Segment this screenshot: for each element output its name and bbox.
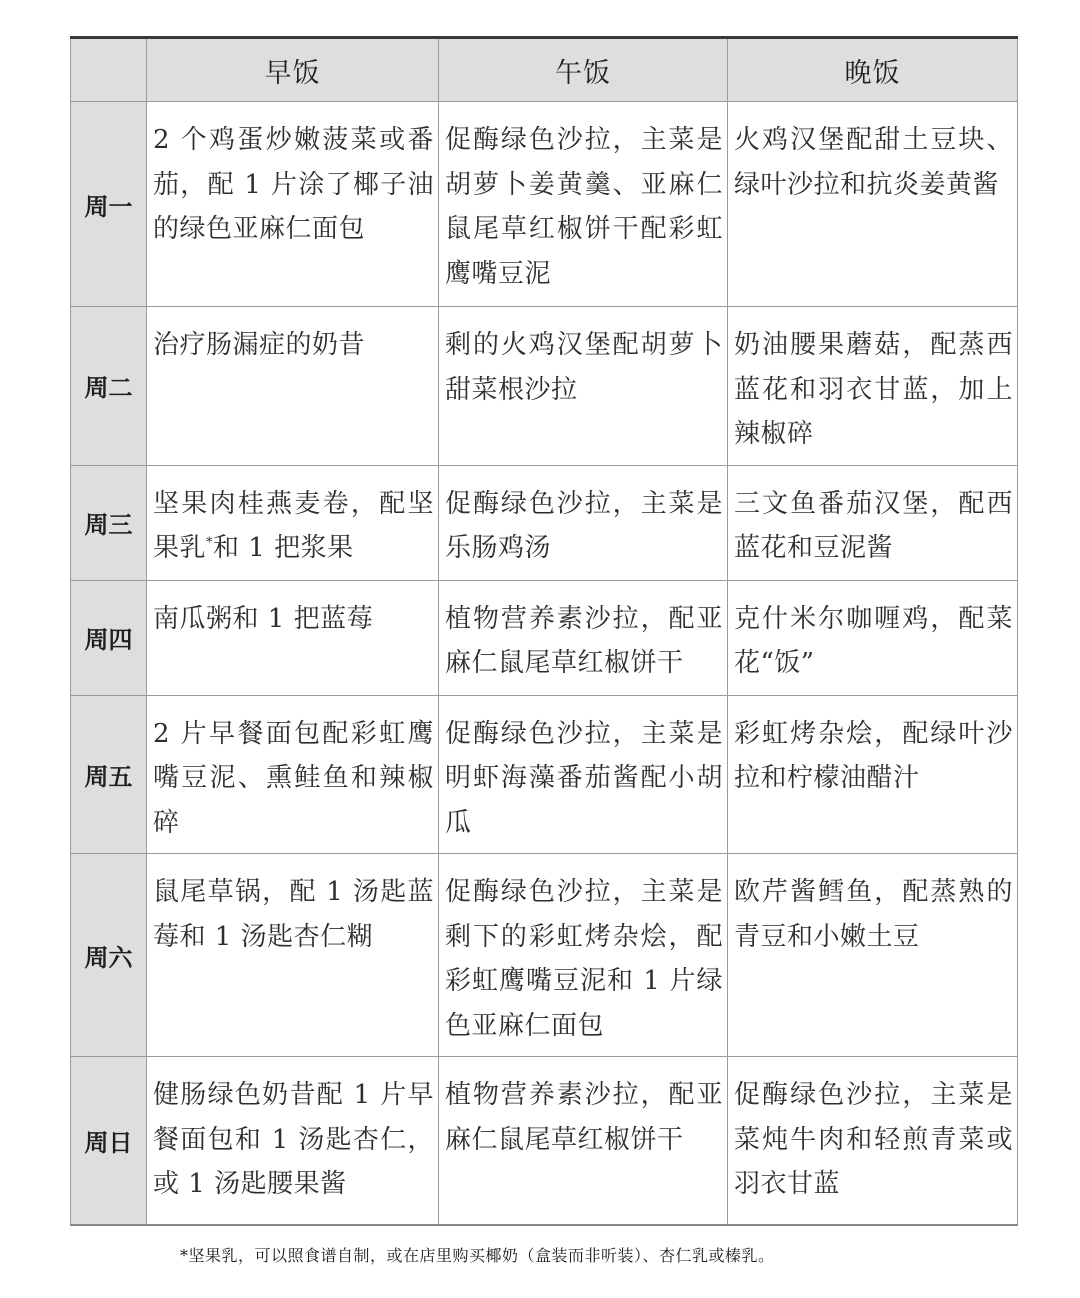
breakfast-cell: 健肠绿色奶昔配 1 片早餐面包和 1 汤匙杏仁，或 1 汤匙腰果酱: [147, 1057, 439, 1225]
header-lunch: 午饭: [439, 38, 728, 102]
lunch-cell: 促酶绿色沙拉，主菜是明虾海藻番茄酱配小胡瓜: [439, 695, 728, 854]
weekly-meal-plan-table: 早饭 午饭 晚饭 周一 2 个鸡蛋炒嫩菠菜或番茄，配 1 片涂了椰子油的绿色亚麻…: [70, 36, 1018, 1226]
table-row-wednesday: 周三 坚果肉桂燕麦卷，配坚果乳*和 1 把浆果 促酶绿色沙拉，主菜是乐肠鸡汤 三…: [71, 465, 1018, 580]
table-row-monday: 周一 2 个鸡蛋炒嫩菠菜或番茄，配 1 片涂了椰子油的绿色亚麻仁面包 促酶绿色沙…: [71, 102, 1018, 307]
breakfast-text-part2: 和 1 把浆果: [213, 533, 354, 563]
lunch-cell: 促酶绿色沙拉，主菜是剩下的彩虹烤杂烩，配彩虹鹰嘴豆泥和 1 片绿色亚麻仁面包: [439, 854, 728, 1057]
footnote: *坚果乳，可以照食谱自制，或在店里购买椰奶（盒装而非听装）、杏仁乳或榛乳。: [180, 1243, 940, 1266]
breakfast-cell: 南瓜粥和 1 把蓝莓: [147, 580, 439, 695]
day-label: 周六: [71, 854, 147, 1057]
dinner-cell: 欧芹酱鳕鱼，配蒸熟的青豆和小嫩土豆: [728, 854, 1018, 1057]
lunch-cell: 剩的火鸡汉堡配胡萝卜甜菜根沙拉: [439, 307, 728, 466]
dinner-cell: 三文鱼番茄汉堡，配西蓝花和豆泥酱: [728, 465, 1018, 580]
day-label: 周五: [71, 695, 147, 854]
breakfast-cell: 坚果肉桂燕麦卷，配坚果乳*和 1 把浆果: [147, 465, 439, 580]
dinner-cell: 促酶绿色沙拉，主菜是菜炖牛肉和轻煎青菜或羽衣甘蓝: [728, 1057, 1018, 1225]
header-corner-cell: [71, 38, 147, 102]
lunch-cell: 促酶绿色沙拉，主菜是乐肠鸡汤: [439, 465, 728, 580]
day-label: 周四: [71, 580, 147, 695]
day-label: 周一: [71, 102, 147, 307]
day-label: 周三: [71, 465, 147, 580]
day-label: 周日: [71, 1057, 147, 1225]
table-row-sunday: 周日 健肠绿色奶昔配 1 片早餐面包和 1 汤匙杏仁，或 1 汤匙腰果酱 植物营…: [71, 1057, 1018, 1225]
breakfast-cell: 2 片早餐面包配彩虹鹰嘴豆泥、熏鲑鱼和辣椒碎: [147, 695, 439, 854]
table-row-thursday: 周四 南瓜粥和 1 把蓝莓 植物营养素沙拉，配亚麻仁鼠尾草红椒饼干 克什米尔咖喱…: [71, 580, 1018, 695]
page: 早饭 午饭 晚饭 周一 2 个鸡蛋炒嫩菠菜或番茄，配 1 片涂了椰子油的绿色亚麻…: [0, 0, 1080, 1298]
table-row-saturday: 周六 鼠尾草锅，配 1 汤匙蓝莓和 1 汤匙杏仁糊 促酶绿色沙拉，主菜是剩下的彩…: [71, 854, 1018, 1057]
dinner-cell: 奶油腰果蘑菇，配蒸西蓝花和羽衣甘蓝，加上辣椒碎: [728, 307, 1018, 466]
dinner-cell: 火鸡汉堡配甜土豆块、绿叶沙拉和抗炎姜黄酱: [728, 102, 1018, 307]
dinner-cell: 彩虹烤杂烩，配绿叶沙拉和柠檬油醋汁: [728, 695, 1018, 854]
day-label: 周二: [71, 307, 147, 466]
breakfast-cell: 2 个鸡蛋炒嫩菠菜或番茄，配 1 片涂了椰子油的绿色亚麻仁面包: [147, 102, 439, 307]
table-row-tuesday: 周二 治疗肠漏症的奶昔 剩的火鸡汉堡配胡萝卜甜菜根沙拉 奶油腰果蘑菇，配蒸西蓝花…: [71, 307, 1018, 466]
header-breakfast: 早饭: [147, 38, 439, 102]
header-dinner: 晚饭: [728, 38, 1018, 102]
table-row-friday: 周五 2 片早餐面包配彩虹鹰嘴豆泥、熏鲑鱼和辣椒碎 促酶绿色沙拉，主菜是明虾海藻…: [71, 695, 1018, 854]
lunch-cell: 促酶绿色沙拉，主菜是胡萝卜姜黄羹、亚麻仁鼠尾草红椒饼干配彩虹鹰嘴豆泥: [439, 102, 728, 307]
breakfast-cell: 鼠尾草锅，配 1 汤匙蓝莓和 1 汤匙杏仁糊: [147, 854, 439, 1057]
lunch-cell: 植物营养素沙拉，配亚麻仁鼠尾草红椒饼干: [439, 580, 728, 695]
footnote-marker: *: [206, 535, 213, 550]
lunch-cell: 植物营养素沙拉，配亚麻仁鼠尾草红椒饼干: [439, 1057, 728, 1225]
table-header-row: 早饭 午饭 晚饭: [71, 38, 1018, 102]
breakfast-cell: 治疗肠漏症的奶昔: [147, 307, 439, 466]
dinner-cell: 克什米尔咖喱鸡，配菜花“饭”: [728, 580, 1018, 695]
